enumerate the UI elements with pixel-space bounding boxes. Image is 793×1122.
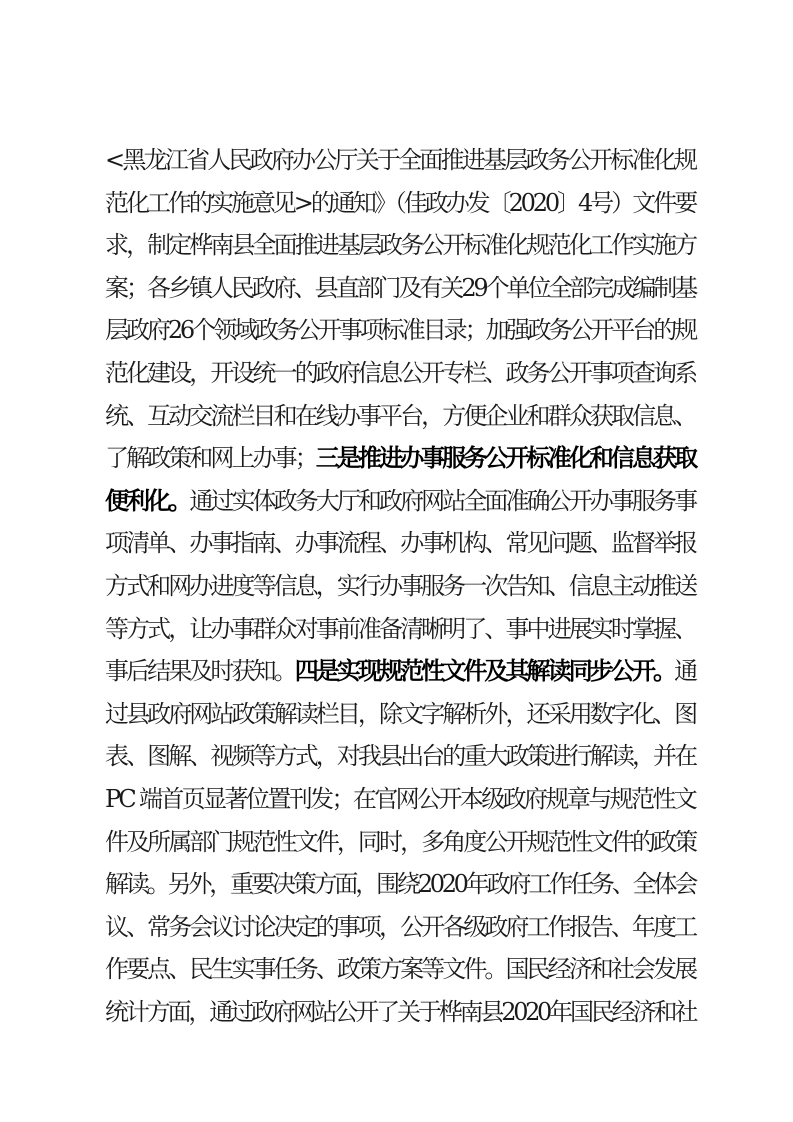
text-line: 过县政府网站政策解读栏目，除文字解析外，还采用数字化、图 <box>105 693 695 736</box>
body-text-segment: 层政府26个领域政务公开事项标准目录；加强政务公开平台的规 <box>105 316 695 344</box>
body-text-segment: 件及所属部门规范性文件，同时，多角度公开规范性文件的政策 <box>105 828 695 856</box>
text-line: 解读。另外，重要决策方面，围绕2020年政府工作任务、全体会 <box>105 863 695 906</box>
text-line: PC 端首页显著位置刊发；在官网公开本级政府规章与规范性文 <box>105 778 695 821</box>
body-text-segment: 范化工作的实施意见>的通知》（佳政办发〔2020〕4号）文件要 <box>105 189 695 217</box>
text-line: 件及所属部门规范性文件，同时，多角度公开规范性文件的政策 <box>105 821 695 864</box>
bold-heading-text: 四是实现规范性文件及其解读同步公开。 <box>295 656 674 685</box>
bold-heading-text: 三是推进办事服务公开标准化和信息获取 <box>316 443 695 472</box>
body-text-segment: 解读。另外，重要决策方面，围绕2020年政府工作任务、全体会 <box>105 870 695 898</box>
body-text-segment: 事后结果及时获知。 <box>105 657 295 685</box>
text-line: 议、常务会议讨论决定的事项，公开各级政府工作报告、年度工 <box>105 906 695 949</box>
text-line: 方式和网办进度等信息，实行办事服务一次告知、信息主动推送 <box>105 565 695 608</box>
text-line: 范化建设，开设统一的政府信息公开专栏、政务公开事项查询系 <box>105 352 695 395</box>
body-text-segment: <黑龙江省人民政府办公厅关于全面推进基层政务公开标准化规 <box>105 146 695 174</box>
body-text-segment: 等方式，让办事群众对事前准备清晰明了、事中进展实时掌握、 <box>105 615 695 643</box>
text-line: 案；各乡镇人民政府、县直部门及有关29个单位全部完成编制基 <box>105 267 695 310</box>
text-line: 范化工作的实施意见>的通知》（佳政办发〔2020〕4号）文件要 <box>105 182 695 225</box>
text-line: 等方式，让办事群众对事前准备清晰明了、事中进展实时掌握、 <box>105 608 695 651</box>
body-text-segment: 过县政府网站政策解读栏目，除文字解析外，还采用数字化、图 <box>105 700 695 728</box>
body-text-segment: 方式和网办进度等信息，实行办事服务一次告知、信息主动推送 <box>105 572 695 600</box>
text-line: 求，制定桦南县全面推进基层政务公开标准化规范化工作实施方 <box>105 224 695 267</box>
text-line: 表、图解、视频等方式，对我县出台的重大政策进行解读，并在 <box>105 735 695 778</box>
body-paragraph: <黑龙江省人民政府办公厅关于全面推进基层政务公开标准化规范化工作的实施意见>的通… <box>105 139 695 1033</box>
text-line: 统、互动交流栏目和在线办事平台，方便企业和群众获取信息、 <box>105 395 695 438</box>
body-text-segment: 项清单、办事指南、办事流程、办事机构、常见问题、监督举报 <box>105 529 695 557</box>
text-line: 项清单、办事指南、办事流程、办事机构、常见问题、监督举报 <box>105 522 695 565</box>
body-text-segment: 作要点、民生实事任务、政策方案等文件。国民经济和社会发展 <box>105 955 695 983</box>
body-text-segment: 了解政策和网上办事； <box>105 444 316 472</box>
body-text-segment: 统、互动交流栏目和在线办事平台，方便企业和群众获取信息、 <box>105 402 695 430</box>
body-text-segment: 通 <box>674 657 695 685</box>
text-line: <黑龙江省人民政府办公厅关于全面推进基层政务公开标准化规 <box>105 139 695 182</box>
text-line: 层政府26个领域政务公开事项标准目录；加强政务公开平台的规 <box>105 309 695 352</box>
document-page: <黑龙江省人民政府办公厅关于全面推进基层政务公开标准化规范化工作的实施意见>的通… <box>0 0 793 1122</box>
body-text-segment: 范化建设，开设统一的政府信息公开专栏、政务公开事项查询系 <box>105 359 695 387</box>
bold-heading-text: 便利化。 <box>105 486 189 515</box>
text-line: 事后结果及时获知。四是实现规范性文件及其解读同步公开。通 <box>105 650 695 693</box>
text-line: 作要点、民生实事任务、政策方案等文件。国民经济和社会发展 <box>105 948 695 991</box>
text-line: 了解政策和网上办事；三是推进办事服务公开标准化和信息获取 <box>105 437 695 480</box>
text-line: 便利化。通过实体政务大厅和政府网站全面准确公开办事服务事 <box>105 480 695 523</box>
body-text-segment: 议、常务会议讨论决定的事项，公开各级政府工作报告、年度工 <box>105 913 695 941</box>
body-text-segment: 案；各乡镇人民政府、县直部门及有关29个单位全部完成编制基 <box>105 274 695 302</box>
body-text-segment: 通过实体政务大厅和政府网站全面准确公开办事服务事 <box>189 487 695 515</box>
body-text-segment: 表、图解、视频等方式，对我县出台的重大政策进行解读，并在 <box>105 742 695 770</box>
body-text-segment: 统计方面，通过政府网站公开了关于桦南县2020年国民经济和社 <box>105 998 695 1026</box>
text-line: 统计方面，通过政府网站公开了关于桦南县2020年国民经济和社 <box>105 991 695 1034</box>
body-text-segment: PC 端首页显著位置刊发；在官网公开本级政府规章与规范性文 <box>105 785 695 813</box>
body-text-segment: 求，制定桦南县全面推进基层政务公开标准化规范化工作实施方 <box>105 231 695 259</box>
